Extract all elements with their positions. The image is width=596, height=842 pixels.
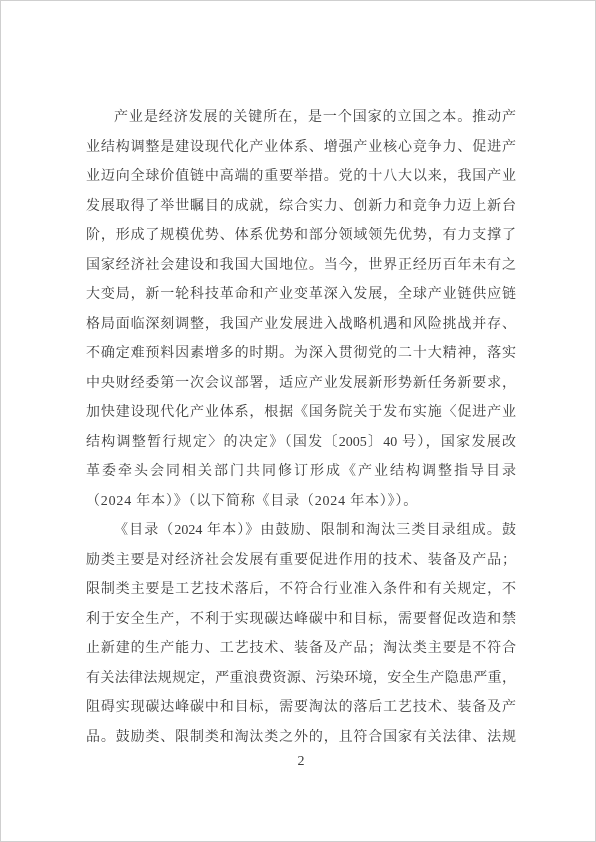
text-line: 业迈向全球价值链中高端的重要举措。党的十八大以来，我国产业	[86, 162, 516, 192]
text-line: 阶，形成了规模优势、体系优势和部分领域领先优势，有力支撑了	[86, 221, 516, 251]
text-line: 大变局，新一轮科技革命和产业变革深入发展，全球产业链供应链	[86, 280, 516, 310]
text-line: 《目录（2024 年本）》由鼓励、限制和淘汰三类目录组成。鼓	[86, 516, 516, 546]
text-line: 利于安全生产，不利于实现碳达峰碳中和目标，需要督促改造和禁	[86, 605, 516, 635]
page-number: 2	[86, 752, 516, 772]
text-line: 结构调整暂行规定〉的决定》（国发〔2005〕40 号），国家发展改	[86, 428, 516, 458]
text-line: 限制类主要是工艺技术落后，不符合行业准入条件和有关规定，不	[86, 575, 516, 605]
text-line: 革委牵头会同相关部门共同修订形成《产业结构调整指导目录	[86, 457, 516, 487]
text-line: 中央财经委第一次会议部署，适应产业发展新形势新任务新要求，	[86, 369, 516, 399]
document-page: 产业是经济发展的关键所在，是一个国家的立国之本。推动产业结构调整是建设现代化产业…	[0, 0, 596, 842]
text-line: 不确定难预料因素增多的时期。为深入贯彻党的二十大精神，落实	[86, 339, 516, 369]
text-line: 励类主要是对经济社会发展有重要促进作用的技术、装备及产品；	[86, 546, 516, 576]
text-line: 阻碍实现碳达峰碳中和目标，需要淘汰的落后工艺技术、装备及产	[86, 693, 516, 723]
text-line: 产业是经济发展的关键所在，是一个国家的立国之本。推动产	[86, 103, 516, 133]
text-line: 加快建设现代化产业体系，根据《国务院关于发布实施〈促进产业	[86, 398, 516, 428]
text-line: 国家经济社会建设和我国大国地位。当今，世界正经历百年未有之	[86, 251, 516, 281]
body-text: 产业是经济发展的关键所在，是一个国家的立国之本。推动产业结构调整是建设现代化产业…	[86, 103, 516, 752]
text-line: 发展取得了举世瞩目的成就，综合实力、创新力和竞争力迈上新台	[86, 192, 516, 222]
text-line: 业结构调整是建设现代化产业体系、增强产业核心竞争力、促进产	[86, 133, 516, 163]
text-line: 品。鼓励类、限制类和淘汰类之外的，且符合国家有关法律、法规	[86, 723, 516, 753]
text-line: 格局面临深刻调整，我国产业发展进入战略机遇和风险挑战并存、	[86, 310, 516, 340]
text-line: 有关法律法规规定，严重浪费资源、污染环境，安全生产隐患严重，	[86, 664, 516, 694]
paragraph: 《目录（2024 年本）》由鼓励、限制和淘汰三类目录组成。鼓励类主要是对经济社会…	[86, 516, 516, 752]
text-line: 止新建的生产能力、工艺技术、装备及产品；淘汰类主要是不符合	[86, 634, 516, 664]
paragraph: 产业是经济发展的关键所在，是一个国家的立国之本。推动产业结构调整是建设现代化产业…	[86, 103, 516, 516]
text-line: （2024 年本）》（以下简称《目录（2024 年本）》）。	[86, 487, 516, 517]
